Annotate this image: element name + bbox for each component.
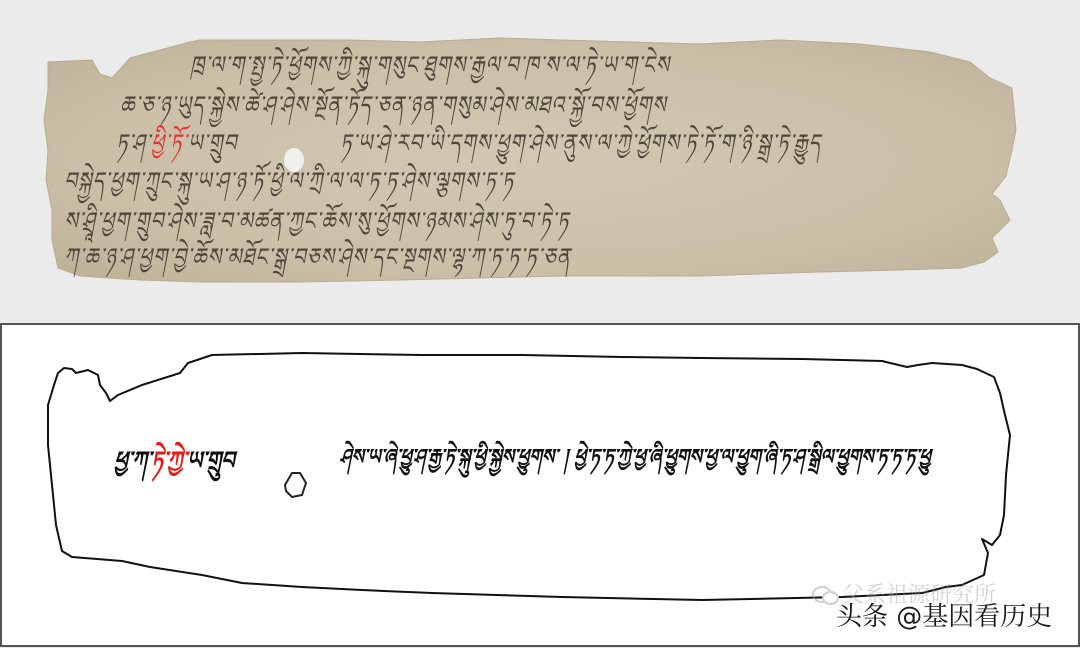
transcription-main-line: ཤེས་ཡ་ཞེ་ཕྱུ་ཤ་རྒྱ་ཏེ་སྐུ་ཕྱི་སྐྱེས་ཕྱུག… <box>340 434 931 494</box>
highlighted-word: ཏེ་ཀྱེ་ <box>151 445 187 475</box>
fragment-suffix: ཡ་གྲུབ <box>187 445 235 475</box>
author-watermark: 头条 @基因看历史 <box>836 596 1052 633</box>
binding-hole-outline <box>285 473 306 497</box>
wechat-icon <box>812 584 838 604</box>
manuscript-line-6: ཀ་ཆ་ཉ་ཤ་ཕྱག་བྱེ་ཆོས་མཐོང་སྒྲ་བཅས་ཤེས་དང་… <box>64 229 571 299</box>
fragment-prefix: ཕྱ་ཀ་ <box>114 445 151 475</box>
manuscript-photo-panel: ཁྲ་ལ་ག་སྤྱ་ཏེ་ཕྱོགས་ཀྱི་སྐུ་གསུང་ཐུགས་རྒ… <box>0 0 1080 323</box>
transcription-left-fragment: ཕྱ་ཀ་ཏེ་ཀྱེ་ཡ་གྲུབ <box>114 433 235 504</box>
